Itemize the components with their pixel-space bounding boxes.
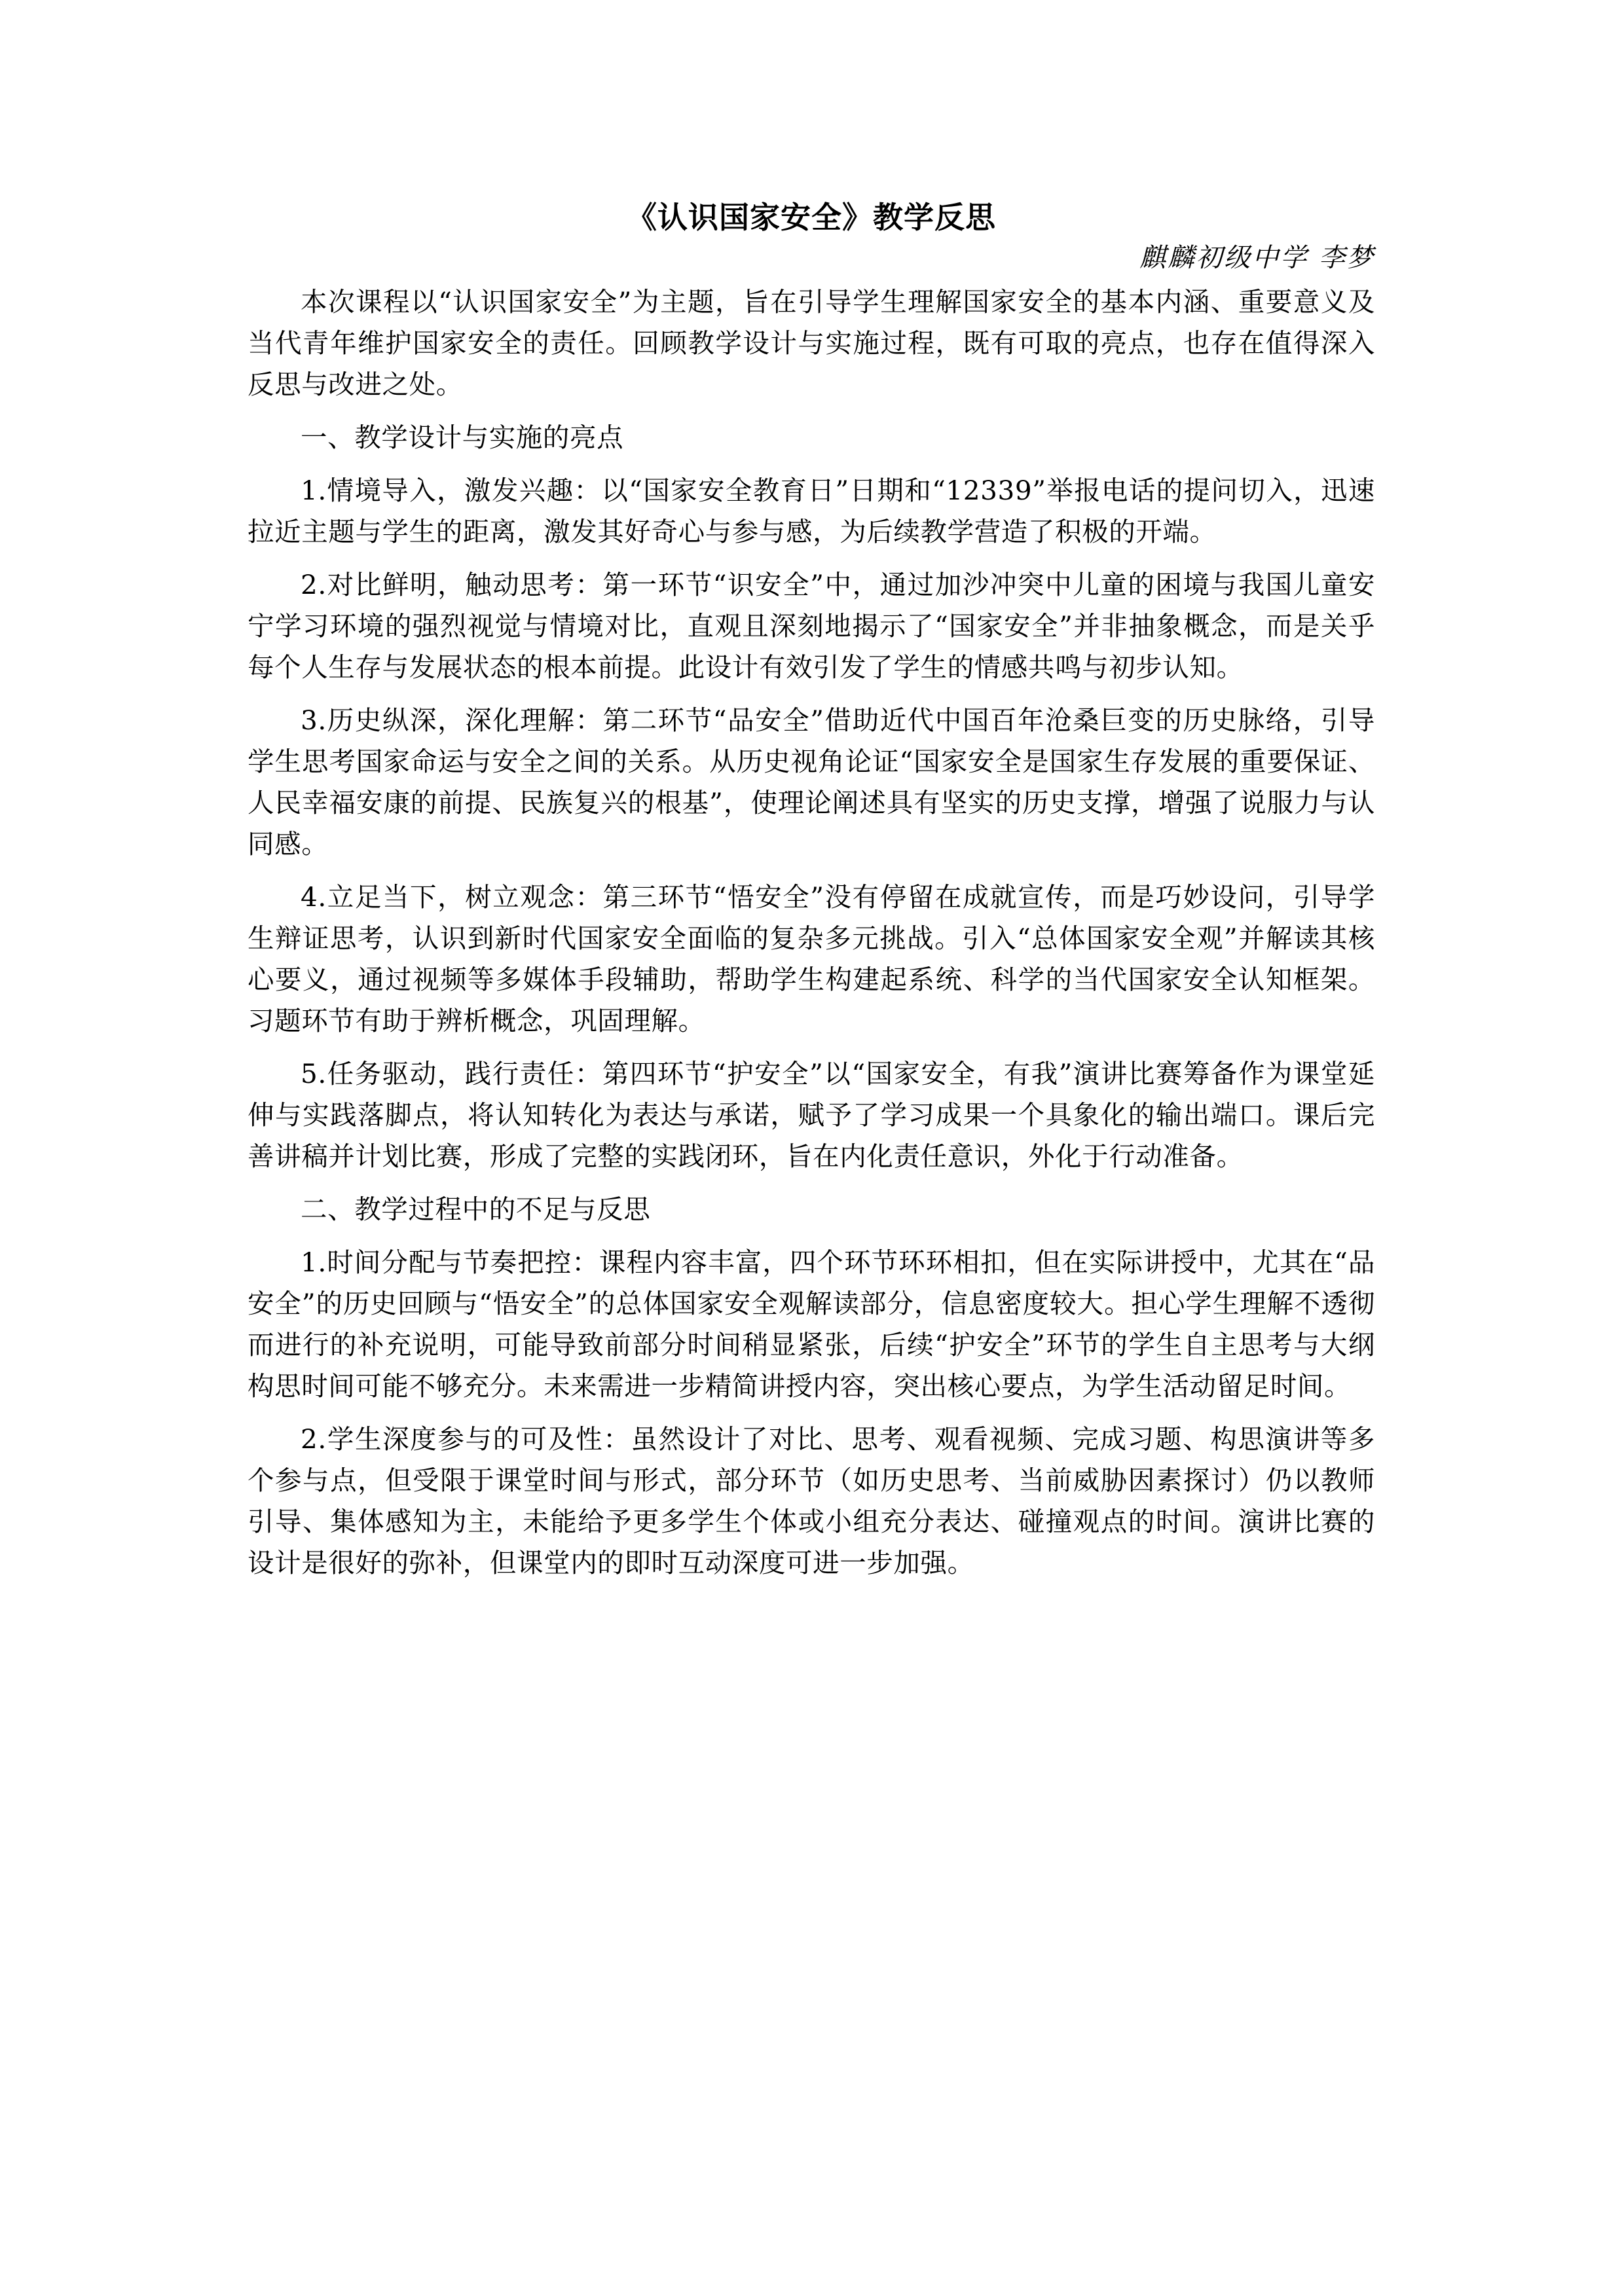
highlight-item: 4.立足当下，树立观念：第三环节“悟安全”没有停留在成就宣传，而是巧妙设问，引导…: [248, 877, 1375, 1042]
highlight-item: 2.对比鲜明，触动思考：第一环节“识安全”中，通过加沙冲突中儿童的困境与我国儿童…: [248, 564, 1375, 688]
highlight-item: 5.任务驱动，践行责任：第四环节“护安全”以“国家安全，有我”演讲比赛筹备作为课…: [248, 1053, 1375, 1177]
shortcoming-item: 1.时间分配与节奏把控：课程内容丰富，四个环节环环相扣，但在实际讲授中，尤其在“…: [248, 1242, 1375, 1407]
document-page: 《认识国家安全》教学反思 麒麟初级中学 李梦 本次课程以“认识国家安全”为主题，…: [248, 196, 1375, 1584]
shortcoming-item: 2.学生深度参与的可及性：虽然设计了对比、思考、观看视频、完成习题、构思演讲等多…: [248, 1419, 1375, 1584]
section-shortcomings: 二、教学过程中的不足与反思 1.时间分配与节奏把控：课程内容丰富，四个环节环环相…: [248, 1189, 1375, 1584]
author-line: 麒麟初级中学 李梦: [248, 238, 1375, 278]
section-heading: 二、教学过程中的不足与反思: [248, 1189, 1375, 1230]
section-highlights: 一、教学设计与实施的亮点 1.情境导入，激发兴趣：以“国家安全教育日”日期和“1…: [248, 417, 1375, 1177]
highlight-item: 1.情境导入，激发兴趣：以“国家安全教育日”日期和“12339”举报电话的提问切…: [248, 470, 1375, 553]
highlight-item: 3.历史纵深，深化理解：第二环节“品安全”借助近代中国百年沧桑巨变的历史脉络，引…: [248, 700, 1375, 865]
section-heading: 一、教学设计与实施的亮点: [248, 417, 1375, 458]
document-title: 《认识国家安全》教学反思: [248, 196, 1375, 238]
intro-paragraph: 本次课程以“认识国家安全”为主题，旨在引导学生理解国家安全的基本内涵、重要意义及…: [248, 282, 1375, 405]
